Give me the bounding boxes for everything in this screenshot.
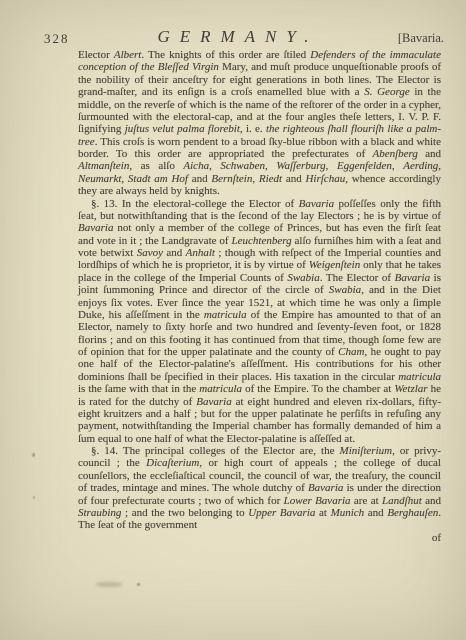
scan-speck — [32, 453, 35, 457]
italic-text: Miniſterium — [340, 445, 393, 457]
italic-text: Schwaben — [220, 160, 265, 172]
italic-text: Leuchtenberg — [232, 235, 292, 247]
body-text: §. 13. In the electoral-college the Elec… — [91, 198, 299, 210]
page-body: Elector Albert. The knights of this orde… — [78, 49, 441, 544]
italic-text: Bernſtein — [211, 173, 252, 185]
italic-text: Lower Bavaria — [284, 495, 351, 507]
body-text: . The knights of this order are ſtiled — [141, 49, 310, 61]
italic-text: Aicha — [183, 160, 209, 172]
italic-text: Bavaria — [78, 222, 113, 234]
scan-speck — [33, 496, 35, 499]
italic-text: Munich — [331, 507, 365, 519]
italic-text: matricula — [398, 371, 441, 383]
italic-text: Weigenſtein — [309, 259, 361, 271]
body-text: , — [265, 160, 276, 172]
body-text: §. 14. The principal colleges of the Ele… — [91, 445, 340, 457]
italic-text: Waſſerburg — [276, 160, 325, 172]
italic-text: Albert — [114, 49, 142, 61]
italic-text: Bavaria — [395, 272, 430, 284]
italic-text: matricula — [199, 383, 242, 395]
italic-text: S. George — [364, 86, 409, 98]
italic-text: Neumarkt — [78, 173, 121, 185]
body-text: and — [364, 507, 387, 519]
italic-text: Dicaſterium — [146, 457, 199, 469]
italic-text: Bavaria — [299, 198, 334, 210]
italic-text: Swabia — [329, 284, 361, 296]
body-text: and — [422, 495, 441, 507]
body-text: and — [188, 173, 211, 185]
italic-text: Anhalt — [186, 247, 215, 259]
body-text: and — [282, 173, 305, 185]
body-text: , as alſo — [129, 160, 183, 172]
scan-smudge — [96, 582, 122, 587]
italic-text: Stadt am Hof — [128, 173, 188, 185]
italic-text: Cham — [338, 346, 364, 358]
body-text: of the Empire. To the chamber at — [242, 383, 394, 395]
paragraph: Elector Albert. The knights of this orde… — [78, 49, 441, 198]
book-page-scan: 328 GERMANY. [Bavaria. Elector Albert. T… — [0, 0, 466, 640]
italic-text: Berghauſen — [387, 507, 438, 519]
italic-text: Eggenfelden — [337, 160, 392, 172]
italic-text: Hirſchau — [305, 173, 345, 185]
italic-text: Bavaria — [196, 396, 231, 408]
body-text: ; and the two belonging to — [121, 507, 248, 519]
catchword: of — [78, 532, 441, 544]
italic-text: Aerding — [403, 160, 438, 172]
body-text: and — [163, 247, 186, 259]
italic-text: Savoy — [137, 247, 163, 259]
italic-text: Altmanſtein — [78, 160, 129, 172]
italic-text: Upper Bavaria — [248, 507, 315, 519]
body-text: and — [418, 148, 441, 160]
body-text: , — [392, 160, 403, 172]
italic-text: Landſhut — [382, 495, 422, 507]
italic-text: Riedt — [259, 173, 282, 185]
italic-text: Swabia — [287, 272, 319, 284]
italic-text: Abenſberg — [372, 148, 417, 160]
body-text: is the ſame with that in the — [78, 383, 199, 395]
body-text: Elector — [78, 49, 114, 61]
running-title: GERMANY. — [60, 27, 406, 47]
italic-text: juſtus velut palma florebit — [125, 123, 240, 135]
page-header: 328 GERMANY. [Bavaria. — [0, 0, 466, 48]
paragraph: §. 14. The principal colleges of the Ele… — [78, 445, 441, 532]
body-text: , i. e. — [240, 123, 266, 135]
italic-text: Bavaria — [308, 482, 343, 494]
scan-speck — [137, 583, 140, 586]
body-text: , — [438, 160, 441, 172]
italic-text: Straubing — [78, 507, 121, 519]
body-text: . The Elector of — [320, 272, 395, 284]
body-text: , — [326, 160, 337, 172]
section-marker: [Bavaria. — [398, 31, 444, 46]
body-text: are at — [351, 495, 382, 507]
paragraph: §. 13. In the electoral-college the Elec… — [78, 198, 441, 446]
body-text: , — [209, 160, 220, 172]
italic-text: Wetzlar — [394, 383, 427, 395]
italic-text: matricula — [204, 309, 247, 321]
body-text: at — [315, 507, 330, 519]
